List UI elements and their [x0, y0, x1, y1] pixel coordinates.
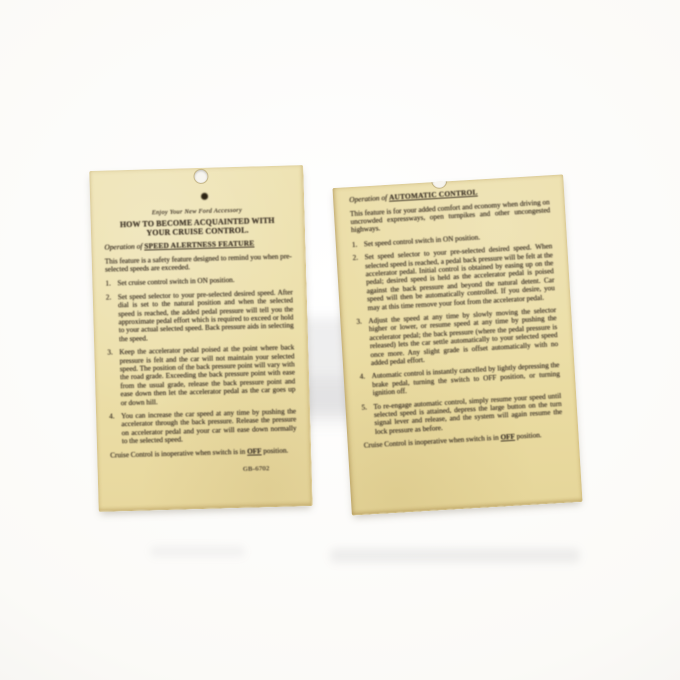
section-heading: Operation of SPEED ALERTNESS FEATURE — [104, 238, 291, 252]
item-text: To re-engage automatic control, simply r… — [373, 392, 563, 437]
item-number: 1. — [105, 280, 114, 289]
item-number: 2. — [352, 254, 364, 313]
tag-title: HOW TO BECOME ACQUAINTED WITH YOUR CRUIS… — [104, 215, 291, 238]
item-text: You can increase the car speed at any ti… — [121, 407, 297, 445]
product-photo: Enjoy Your New Ford Accessory HOW TO BEC… — [0, 0, 680, 680]
punched-hole — [194, 170, 207, 183]
closing-emphasis: OFF — [247, 447, 262, 455]
string-hole-mark — [201, 193, 208, 200]
instruction-item: 1. Set cruise control switch in ON posit… — [105, 275, 292, 289]
instruction-item: 3. Adjust the speed at any time by slowl… — [356, 306, 559, 368]
watermark-smudge — [150, 546, 245, 557]
part-number: GB-6702 — [111, 464, 298, 476]
intro-paragraph: This feature is a safety feature designe… — [105, 252, 292, 274]
closing-note: Cruise Control is inoperative when switc… — [110, 446, 297, 460]
closing-suffix: position. — [261, 446, 288, 455]
item-text: Set cruise control switch in ON position… — [117, 275, 292, 288]
item-number: 5. — [361, 403, 372, 437]
closing-suffix: position. — [515, 431, 542, 441]
section-heading-name: AUTOMATIC CONTROL — [389, 188, 478, 202]
item-text: Set speed selector to your pre-selected … — [364, 242, 555, 312]
instruction-item: 3. Keep the accelerator pedal poised at … — [107, 344, 296, 408]
section-heading-name: SPEED ALERTNESS FEATURE — [144, 238, 254, 250]
item-number: 1. — [352, 240, 361, 249]
watermark-smudge — [330, 548, 580, 563]
item-number: 2. — [106, 293, 116, 344]
instruction-item: 4. You can increase the car speed at any… — [109, 407, 297, 446]
punched-hole — [432, 174, 447, 188]
item-text: Adjust the speed at any time by slowly m… — [368, 306, 559, 367]
item-number: 4. — [109, 412, 119, 446]
instruction-item: 5. To re-engage automatic control, simpl… — [361, 392, 563, 437]
item-text: Set speed selector to your pre-selected … — [118, 288, 294, 343]
left-instruction-tag: Enjoy Your New Ford Accessory HOW TO BEC… — [89, 165, 312, 512]
right-instruction-tag: Operation of AUTOMATIC CONTROL This feat… — [332, 174, 582, 515]
closing-prefix: Cruise Control is inoperative when switc… — [110, 447, 247, 459]
intro-paragraph: This feature is for your added comfort a… — [350, 198, 551, 235]
instruction-list: 1. Set speed control switch in ON positi… — [352, 229, 563, 437]
instruction-item: 2. Set speed selector to your pre-select… — [106, 288, 294, 344]
section-heading-prefix: Operation of — [104, 242, 144, 252]
item-number: 3. — [107, 349, 118, 408]
item-number: 3. — [356, 317, 368, 368]
closing-prefix: Cruise Control is inoperative when switc… — [364, 434, 501, 450]
instruction-list: 1. Set cruise control switch in ON posit… — [105, 275, 297, 446]
instruction-item: 2. Set speed selector to your pre-select… — [352, 242, 555, 313]
item-number: 4. — [360, 373, 370, 399]
section-heading-prefix: Operation of — [349, 193, 389, 204]
item-text: Keep the accelerator pedal poised at the… — [119, 344, 296, 408]
closing-emphasis: OFF — [500, 433, 515, 442]
